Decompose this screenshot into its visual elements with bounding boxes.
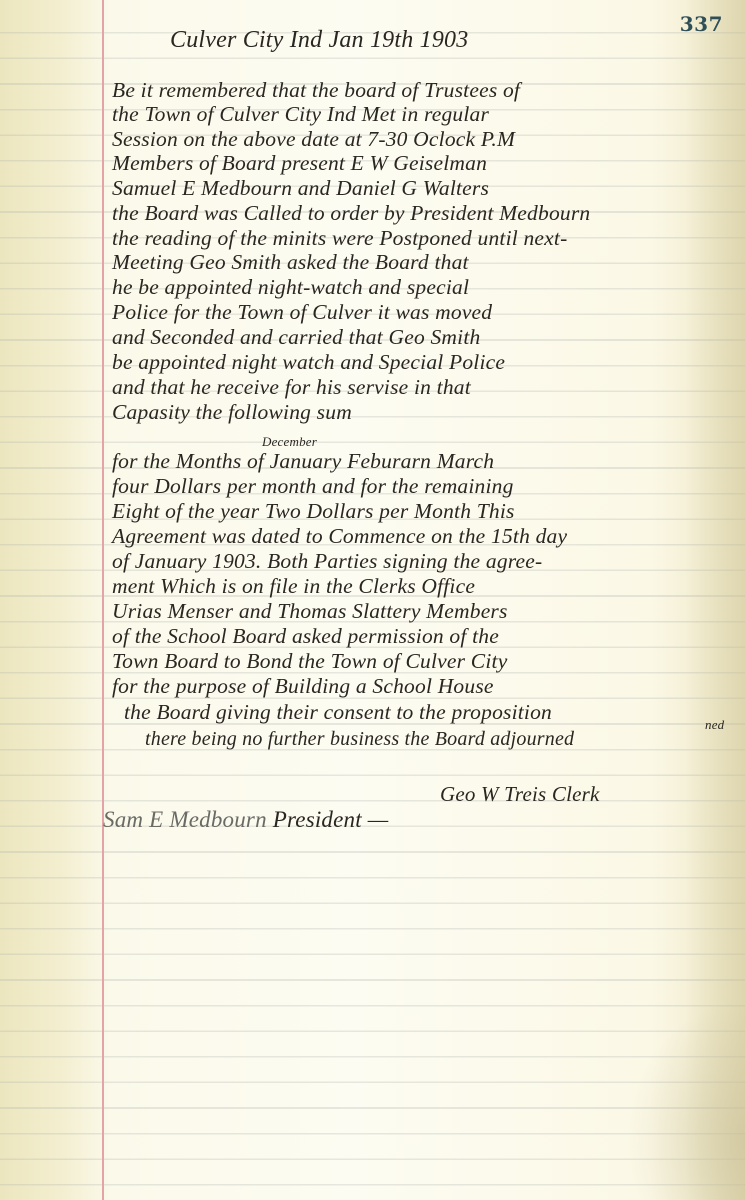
margin-line xyxy=(102,0,104,1200)
clerk-signature: Geo W Treis Clerk xyxy=(440,782,600,806)
minutes-line: Session on the above date at 7-30 Oclock… xyxy=(112,127,515,151)
minutes-line: for the Months of January Feburarn March xyxy=(112,449,494,473)
minutes-line: Meeting Geo Smith asked the Board that xyxy=(112,250,469,274)
page-number: 337 xyxy=(680,12,723,36)
minutes-line: the reading of the minits were Postponed… xyxy=(112,226,567,250)
minutes-line: and Seconded and carried that Geo Smith xyxy=(112,325,480,349)
minutes-line: four Dollars per month and for the remai… xyxy=(112,474,514,498)
edge-stain xyxy=(685,0,745,1200)
minutes-line: Capasity the following sum xyxy=(112,400,352,424)
minutes-line: of January 1903. Both Parties signing th… xyxy=(112,549,542,573)
minutes-line: be appointed night watch and Special Pol… xyxy=(112,350,505,374)
minutes-line: Town Board to Bond the Town of Culver Ci… xyxy=(112,649,507,673)
insertion-ned: ned xyxy=(705,718,724,732)
president-name: Sam E Medbourn xyxy=(103,807,267,832)
minutes-line: the Town of Culver City Ind Met in regul… xyxy=(112,102,489,126)
minutes-line: ment Which is on file in the Clerks Offi… xyxy=(112,574,475,598)
president-title: President — xyxy=(273,807,389,832)
minutes-line: there being no further business the Boar… xyxy=(145,727,574,751)
ledger-page: 337 Culver City Ind Jan 19th 1903 Be it … xyxy=(0,0,745,1200)
insertion-december: December xyxy=(262,435,317,449)
president-signature: Sam E Medbourn President — xyxy=(103,808,388,832)
minutes-line: Members of Board present E W Geiselman xyxy=(112,151,487,175)
minutes-line: Police for the Town of Culver it was mov… xyxy=(112,300,492,324)
minutes-line: the Board was Called to order by Preside… xyxy=(112,201,590,225)
minutes-line: the Board giving their consent to the pr… xyxy=(124,700,552,724)
minutes-line: Urias Menser and Thomas Slattery Members xyxy=(112,599,508,623)
minutes-heading: Culver City Ind Jan 19th 1903 xyxy=(170,28,468,52)
minutes-line: for the purpose of Building a School Hou… xyxy=(112,674,494,698)
minutes-line: Eight of the year Two Dollars per Month … xyxy=(112,499,515,523)
corner-stain xyxy=(625,1000,745,1200)
minutes-line: of the School Board asked permission of … xyxy=(112,624,499,648)
minutes-line: he be appointed night-watch and special xyxy=(112,275,469,299)
minutes-line: and that he receive for his servise in t… xyxy=(112,375,471,399)
minutes-line: Agreement was dated to Commence on the 1… xyxy=(112,524,567,548)
minutes-line: Be it remembered that the board of Trust… xyxy=(112,78,520,102)
minutes-line: Samuel E Medbourn and Daniel G Walters xyxy=(112,176,489,200)
